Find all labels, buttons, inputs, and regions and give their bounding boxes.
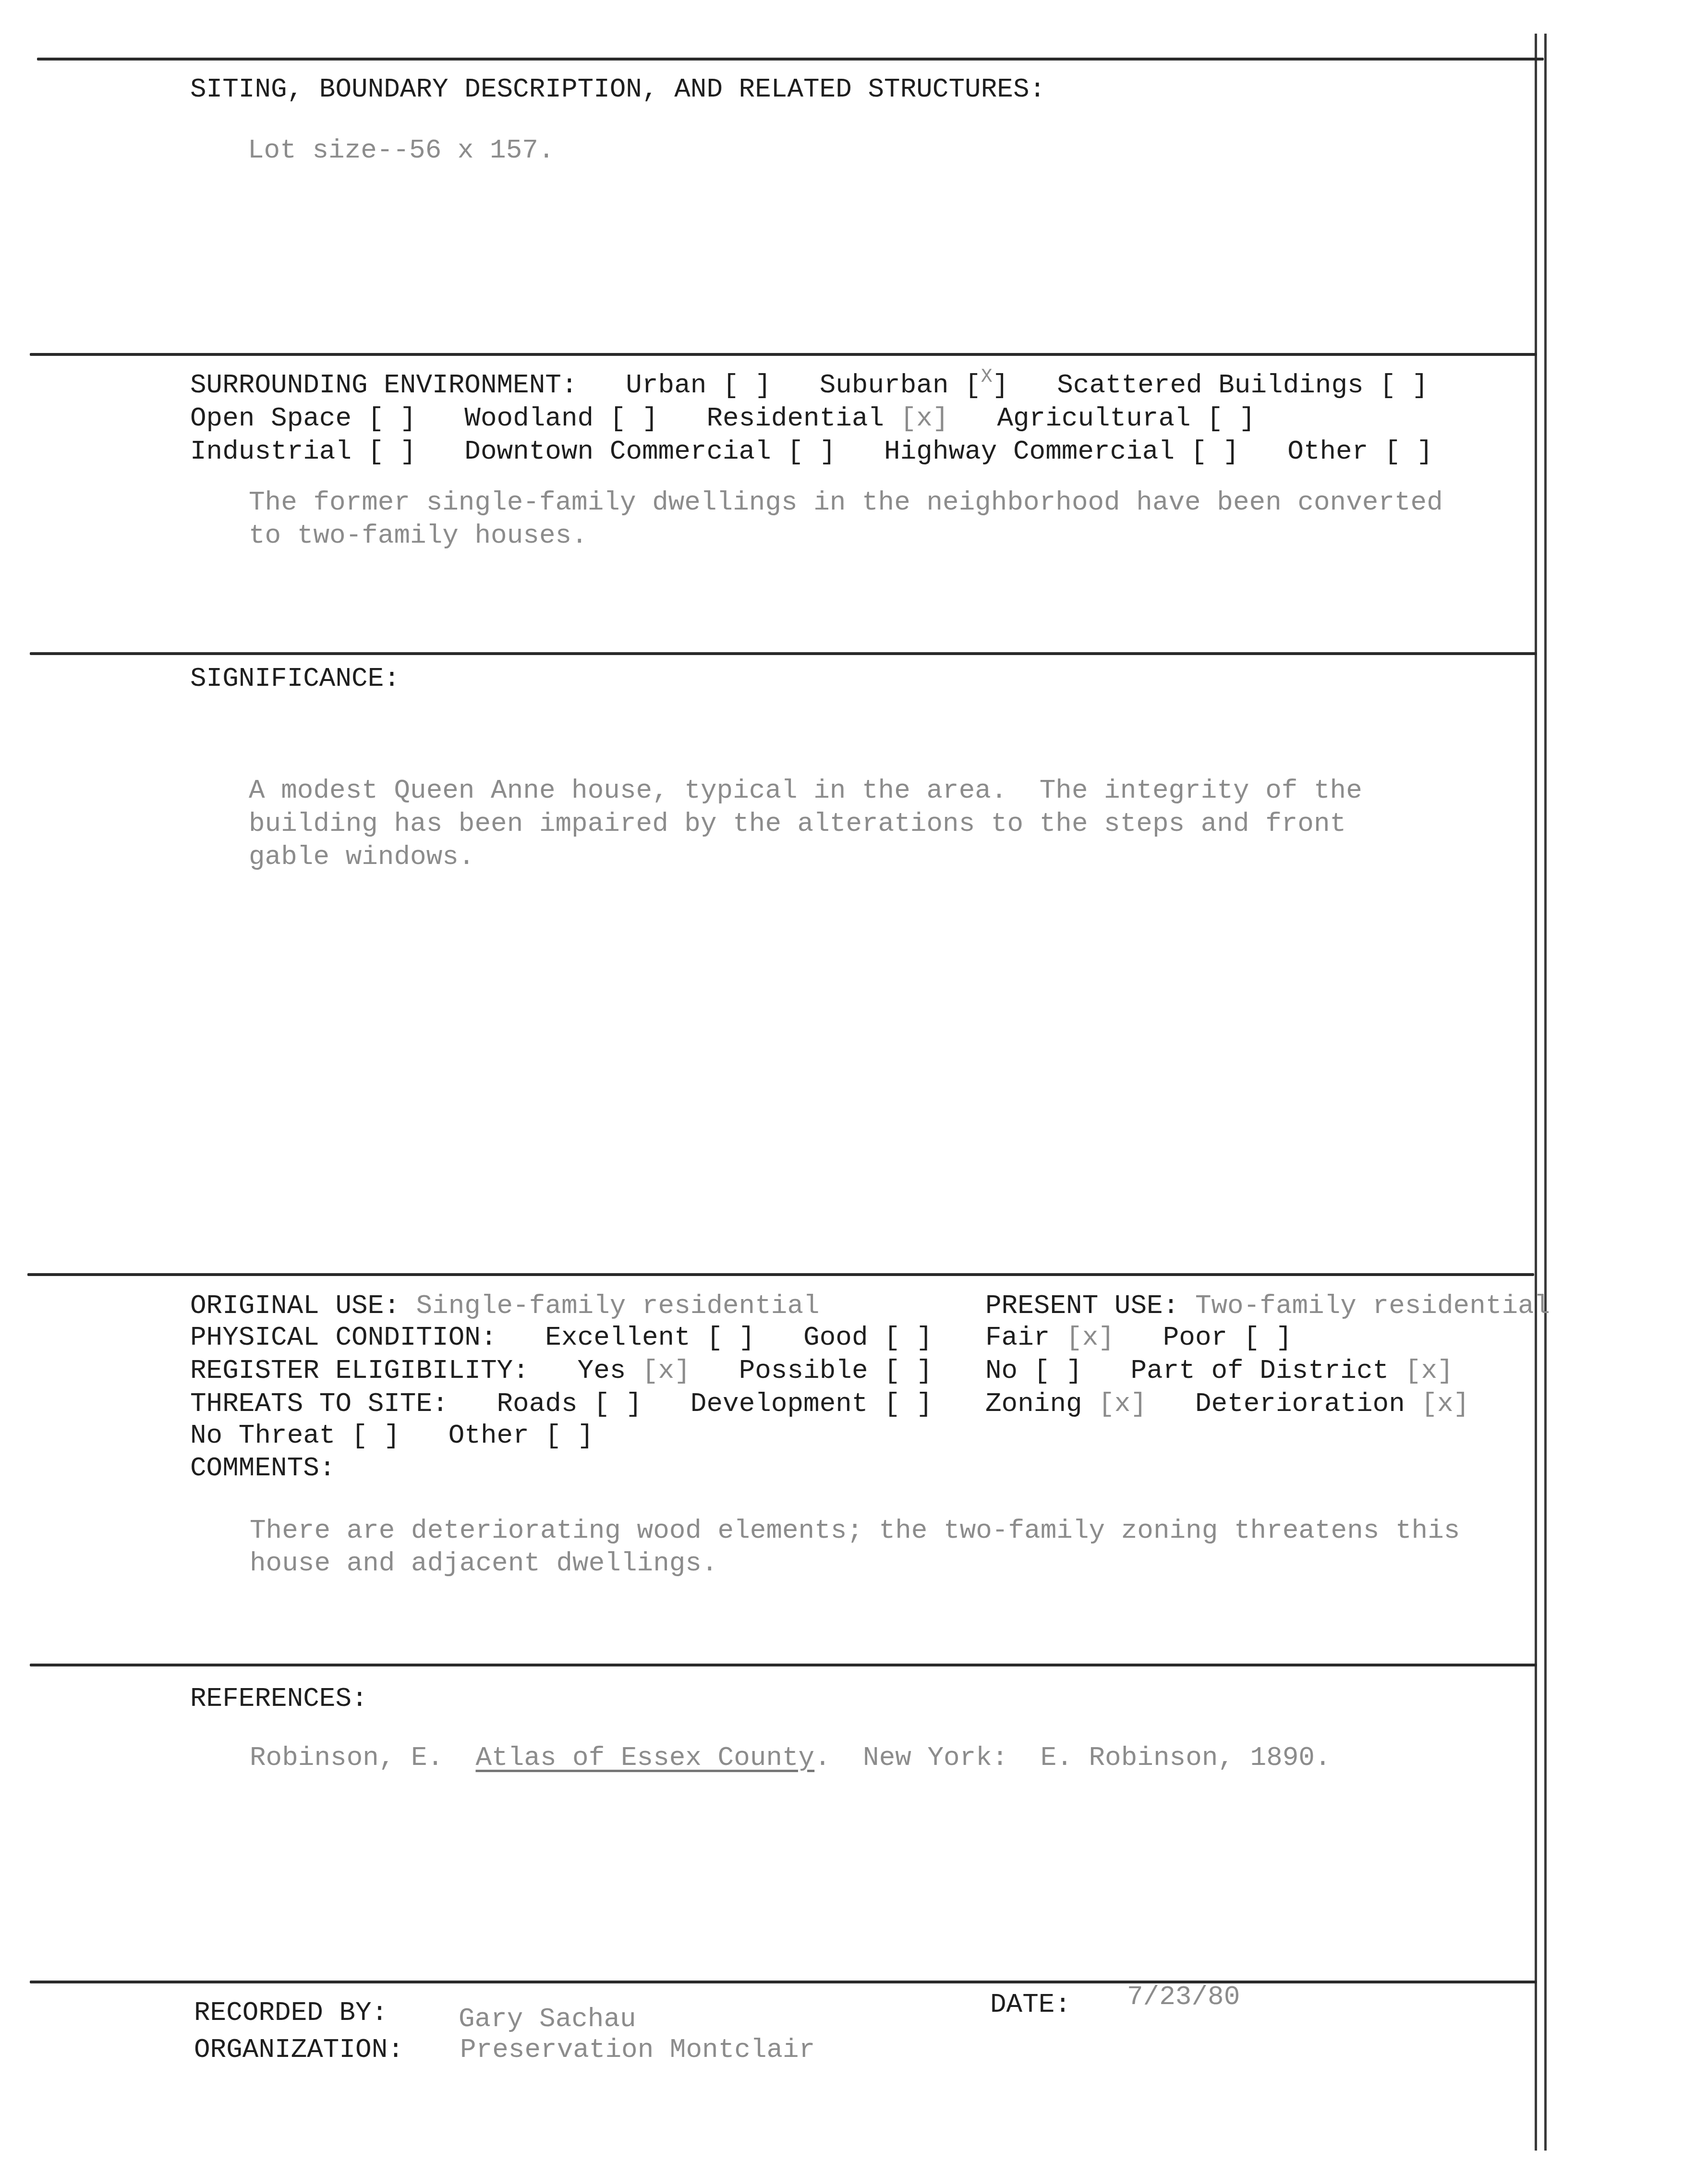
comments-body-line: house and adjacent dwellings. xyxy=(250,1550,718,1577)
env-option-agricultural[interactable]: Agricultural [ ] xyxy=(997,403,1255,434)
env-option-industrial[interactable]: Industrial [ ] xyxy=(190,436,416,467)
env-option-open-space[interactable]: Open Space [ ] xyxy=(190,403,416,434)
section-divider xyxy=(27,1273,1534,1276)
condition-fair[interactable]: Fair [x] xyxy=(985,1322,1114,1353)
significance-body-line: A modest Queen Anne house, typical in th… xyxy=(249,777,1362,804)
register-yes[interactable]: Yes [x] xyxy=(578,1355,690,1386)
references-heading: REFERENCES: xyxy=(190,1685,368,1712)
threat-other[interactable]: Other [ ] xyxy=(448,1420,594,1451)
threat-no-threat[interactable]: No Threat [ ] xyxy=(190,1420,400,1451)
present-use-row: PRESENT USE: Two-family residential xyxy=(985,1292,1550,1319)
present-use-value[interactable]: Two-family residential xyxy=(1195,1290,1550,1321)
env-option-residential[interactable]: Residential [x] xyxy=(706,403,948,434)
env-option-woodland[interactable]: Woodland [ ] xyxy=(464,403,658,434)
threats-label: THREATS TO SITE: xyxy=(190,1388,448,1419)
reference-publication: . New York: E. Robinson, 1890. xyxy=(814,1742,1331,1773)
date-value[interactable]: 7/23/80 xyxy=(1127,1983,1240,2010)
register-eligibility-row-right: No [ ] Part of District [x] xyxy=(985,1357,1454,1384)
register-part-of-district[interactable]: Part of District [x] xyxy=(1130,1355,1453,1386)
threats-row-right: Zoning [x] Deterioration [x] xyxy=(985,1390,1469,1417)
env-option-suburban[interactable]: Suburban [X] xyxy=(820,370,1009,401)
register-eligibility-label: REGISTER ELIGIBILITY: xyxy=(190,1355,529,1386)
section-divider xyxy=(30,353,1537,356)
physical-condition-row-right: Fair [x] Poor [ ] xyxy=(985,1324,1292,1351)
env-option-downtown-commercial[interactable]: Downtown Commercial [ ] xyxy=(464,436,836,467)
siting-body: Lot size--56 x 157. xyxy=(248,137,555,164)
threats-row: THREATS TO SITE: Roads [ ] Development [… xyxy=(190,1390,933,1417)
significance-heading: SIGNIFICANCE: xyxy=(190,665,400,692)
environment-heading: SURROUNDING ENVIRONMENT: xyxy=(190,370,578,401)
env-option-highway-commercial[interactable]: Highway Commercial [ ] xyxy=(884,436,1239,467)
checkbox-mark: X xyxy=(981,366,993,388)
date-label: DATE: xyxy=(990,1991,1071,2018)
condition-excellent[interactable]: Excellent [ ] xyxy=(545,1322,755,1353)
comments-label: COMMENTS: xyxy=(190,1455,335,1482)
physical-condition-row: PHYSICAL CONDITION: Excellent [ ] Good [… xyxy=(190,1324,933,1351)
threat-roads[interactable]: Roads [ ] xyxy=(497,1388,642,1419)
original-use-label: ORIGINAL USE: xyxy=(190,1290,400,1321)
checkbox-checked: [x] xyxy=(900,403,949,434)
env-option-urban[interactable]: Urban [ ] xyxy=(626,370,771,401)
significance-body-line: gable windows. xyxy=(249,843,474,870)
section-divider xyxy=(30,1664,1537,1666)
section-divider xyxy=(30,1981,1537,1983)
present-use-label: PRESENT USE: xyxy=(985,1290,1179,1321)
condition-poor[interactable]: Poor [ ] xyxy=(1163,1322,1292,1353)
right-border-line-outer xyxy=(1544,34,1547,2151)
threats-row-2: No Threat [ ] Other [ ] xyxy=(190,1422,594,1449)
threat-zoning[interactable]: Zoning [x] xyxy=(985,1388,1147,1419)
organization-label: ORGANIZATION: xyxy=(194,2036,404,2063)
section-divider xyxy=(30,652,1537,655)
checkbox-empty: [ ] xyxy=(1380,370,1428,401)
reference-entry: Robinson, E. Atlas of Essex County. New … xyxy=(250,1744,1331,1771)
env-option-other[interactable]: Other [ ] xyxy=(1287,436,1432,467)
environment-body-line: to two-family houses. xyxy=(249,522,588,549)
reference-author: Robinson, E. xyxy=(250,1742,443,1773)
register-no[interactable]: No [ ] xyxy=(985,1355,1082,1386)
original-use-row: ORIGINAL USE: Single-family residential xyxy=(190,1292,820,1319)
organization-value[interactable]: Preservation Montclair xyxy=(460,2036,815,2063)
physical-condition-label: PHYSICAL CONDITION: xyxy=(190,1322,497,1353)
recorded-by-label: RECORDED BY: xyxy=(194,1999,388,2026)
right-border-line-inner xyxy=(1535,34,1537,2151)
threat-deterioration[interactable]: Deterioration [x] xyxy=(1195,1388,1469,1419)
section-divider xyxy=(37,58,1544,61)
recorded-by-value[interactable]: Gary Sachau xyxy=(459,2006,636,2032)
condition-good[interactable]: Good [ ] xyxy=(803,1322,933,1353)
environment-row-3: Industrial [ ] Downtown Commercial [ ] H… xyxy=(190,438,1433,465)
threat-development[interactable]: Development [ ] xyxy=(690,1388,933,1419)
original-use-value[interactable]: Single-family residential xyxy=(416,1290,819,1321)
environment-row-1: SURROUNDING ENVIRONMENT: Urban [ ] Subur… xyxy=(190,372,1428,399)
significance-body-line: building has been impaired by the altera… xyxy=(249,810,1346,837)
register-eligibility-row: REGISTER ELIGIBILITY: Yes [x] Possible [… xyxy=(190,1357,933,1384)
env-option-scattered-buildings[interactable]: Scattered Buildings [ ] xyxy=(1057,370,1428,401)
register-possible[interactable]: Possible [ ] xyxy=(739,1355,933,1386)
environment-row-2: Open Space [ ] Woodland [ ] Residential … xyxy=(190,405,1255,432)
comments-body-line: There are deteriorating wood elements; t… xyxy=(250,1517,1460,1544)
siting-heading: SITING, BOUNDARY DESCRIPTION, AND RELATE… xyxy=(190,76,1045,103)
environment-body-line: The former single-family dwellings in th… xyxy=(249,489,1443,516)
reference-title: Atlas of Essex County xyxy=(475,1742,814,1773)
checkbox-empty: [ ] xyxy=(723,370,771,401)
